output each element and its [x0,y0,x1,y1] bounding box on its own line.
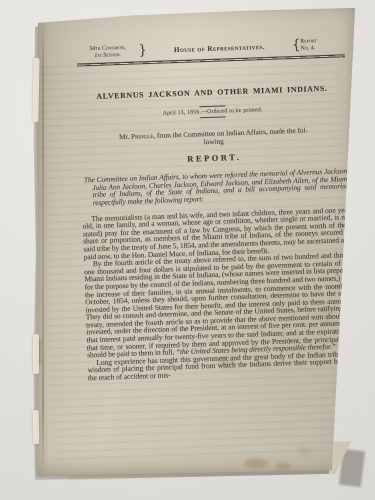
report-heading: REPORT. [80,148,348,167]
binding-remnant [33,334,39,374]
report-number-block: Report No. 4. [300,37,344,52]
binding-remnant [32,58,39,122]
congress-session-block: 34th Congress, 1st Session. [76,44,138,59]
paragraph-2: By the fourth article of the treaty abov… [84,251,355,359]
date-rule-bottom [200,117,226,119]
paper-sheet: 34th Congress, 1st Session. } House of R… [36,6,358,476]
binding-remnant [33,410,40,444]
foxing-stain [244,458,268,468]
document-title: ALVERNUS JACKSON AND OTHER MIAMI INDIANS… [78,83,346,101]
chamber-title: House of Representatives. [147,42,293,55]
foxing-stain [298,446,310,456]
report-number: No. 4. [300,44,344,52]
foxing-stain [276,462,291,471]
committee-preamble: The Committee on Indian Affairs, to whom… [83,167,350,207]
printed-page-content: 34th Congress, 1st Session. } House of R… [76,29,356,382]
left-brace-glyph: } [138,44,147,58]
byline: Mr. Pringle, from the Committee on India… [79,125,347,150]
right-brace-glyph: { [292,39,301,53]
photo-of-document: 34th Congress, 1st Session. } House of R… [0,0,375,500]
binding-crease [42,18,44,468]
session-label: 1st Session. [77,51,139,60]
byline-prefix: Mr. [119,133,131,141]
date-rule-top [199,106,225,108]
byline-name: Pringle [131,132,154,141]
